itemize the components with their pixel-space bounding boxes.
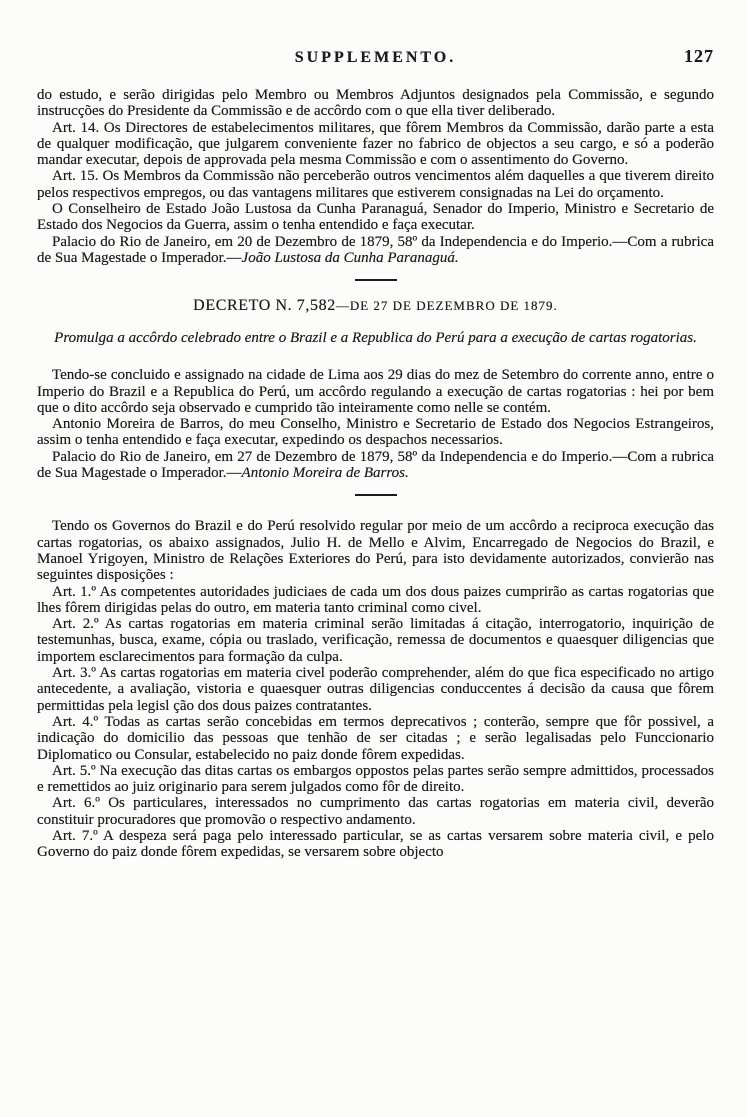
signature-moreira-de-barros: Antonio Moreira de Barros. (242, 465, 409, 481)
page-number: 127 (624, 46, 714, 67)
paragraph-palacio-20-dezembro: Palacio do Rio de Janeiro, em 20 de Deze… (37, 234, 714, 267)
journal-title: SUPPLEMENTO. (127, 49, 624, 67)
decree-date: —DE 27 DE DEZEMBRO DE 1879. (336, 298, 558, 313)
decree-number: DECRETO N. 7,582 (193, 297, 336, 314)
paragraph-continuation: do estudo, e serão dirigidas pelo Membro… (37, 87, 714, 120)
paragraph-art-1: Art. 1.º As competentes autoridades judi… (37, 584, 714, 617)
paragraph-art-7: Art. 7.º A despeza será paga pelo intere… (37, 828, 714, 861)
paragraph-art-6: Art. 6.º Os particulares, interessados n… (37, 795, 714, 828)
paragraph-tendo-os-governos: Tendo os Governos do Brazil e do Perú re… (37, 518, 714, 583)
paragraph-tendo-se-concluido: Tendo-se concluido e assignado na cidade… (37, 367, 714, 416)
paragraph-art-3: Art. 3.º As cartas rogatorias em materia… (37, 665, 714, 714)
decree-heading: DECRETO N. 7,582—DE 27 DE DEZEMBRO DE 18… (37, 297, 714, 315)
section-divider (355, 279, 397, 281)
page-header: SUPPLEMENTO. 127 (37, 46, 714, 67)
paragraph-art-5: Art. 5.º Na execução das ditas cartas os… (37, 763, 714, 796)
paragraph-antonio-moreira: Antonio Moreira de Barros, do meu Consel… (37, 416, 714, 449)
paragraph-art-2: Art. 2.º As cartas rogatorias em materia… (37, 616, 714, 665)
paragraph-art-14: Art. 14. Os Directores de estabeleciment… (37, 120, 714, 169)
decree-subtitle: Promulga a accôrdo celebrado entre o Bra… (37, 329, 714, 347)
paragraph-palacio-27-dezembro: Palacio do Rio de Janeiro, em 27 de Deze… (37, 449, 714, 482)
paragraph-art-15: Art. 15. Os Membros da Commissão não per… (37, 168, 714, 201)
signature-paranagua: João Lustosa da Cunha Paranaguá. (242, 250, 459, 266)
paragraph-art-4: Art. 4.º Todas as cartas serão concebida… (37, 714, 714, 763)
section-divider (355, 494, 397, 496)
scanned-document-page: SUPPLEMENTO. 127 do estudo, e serão diri… (0, 0, 747, 1117)
paragraph-conselheiro: O Conselheiro de Estado João Lustosa da … (37, 201, 714, 234)
